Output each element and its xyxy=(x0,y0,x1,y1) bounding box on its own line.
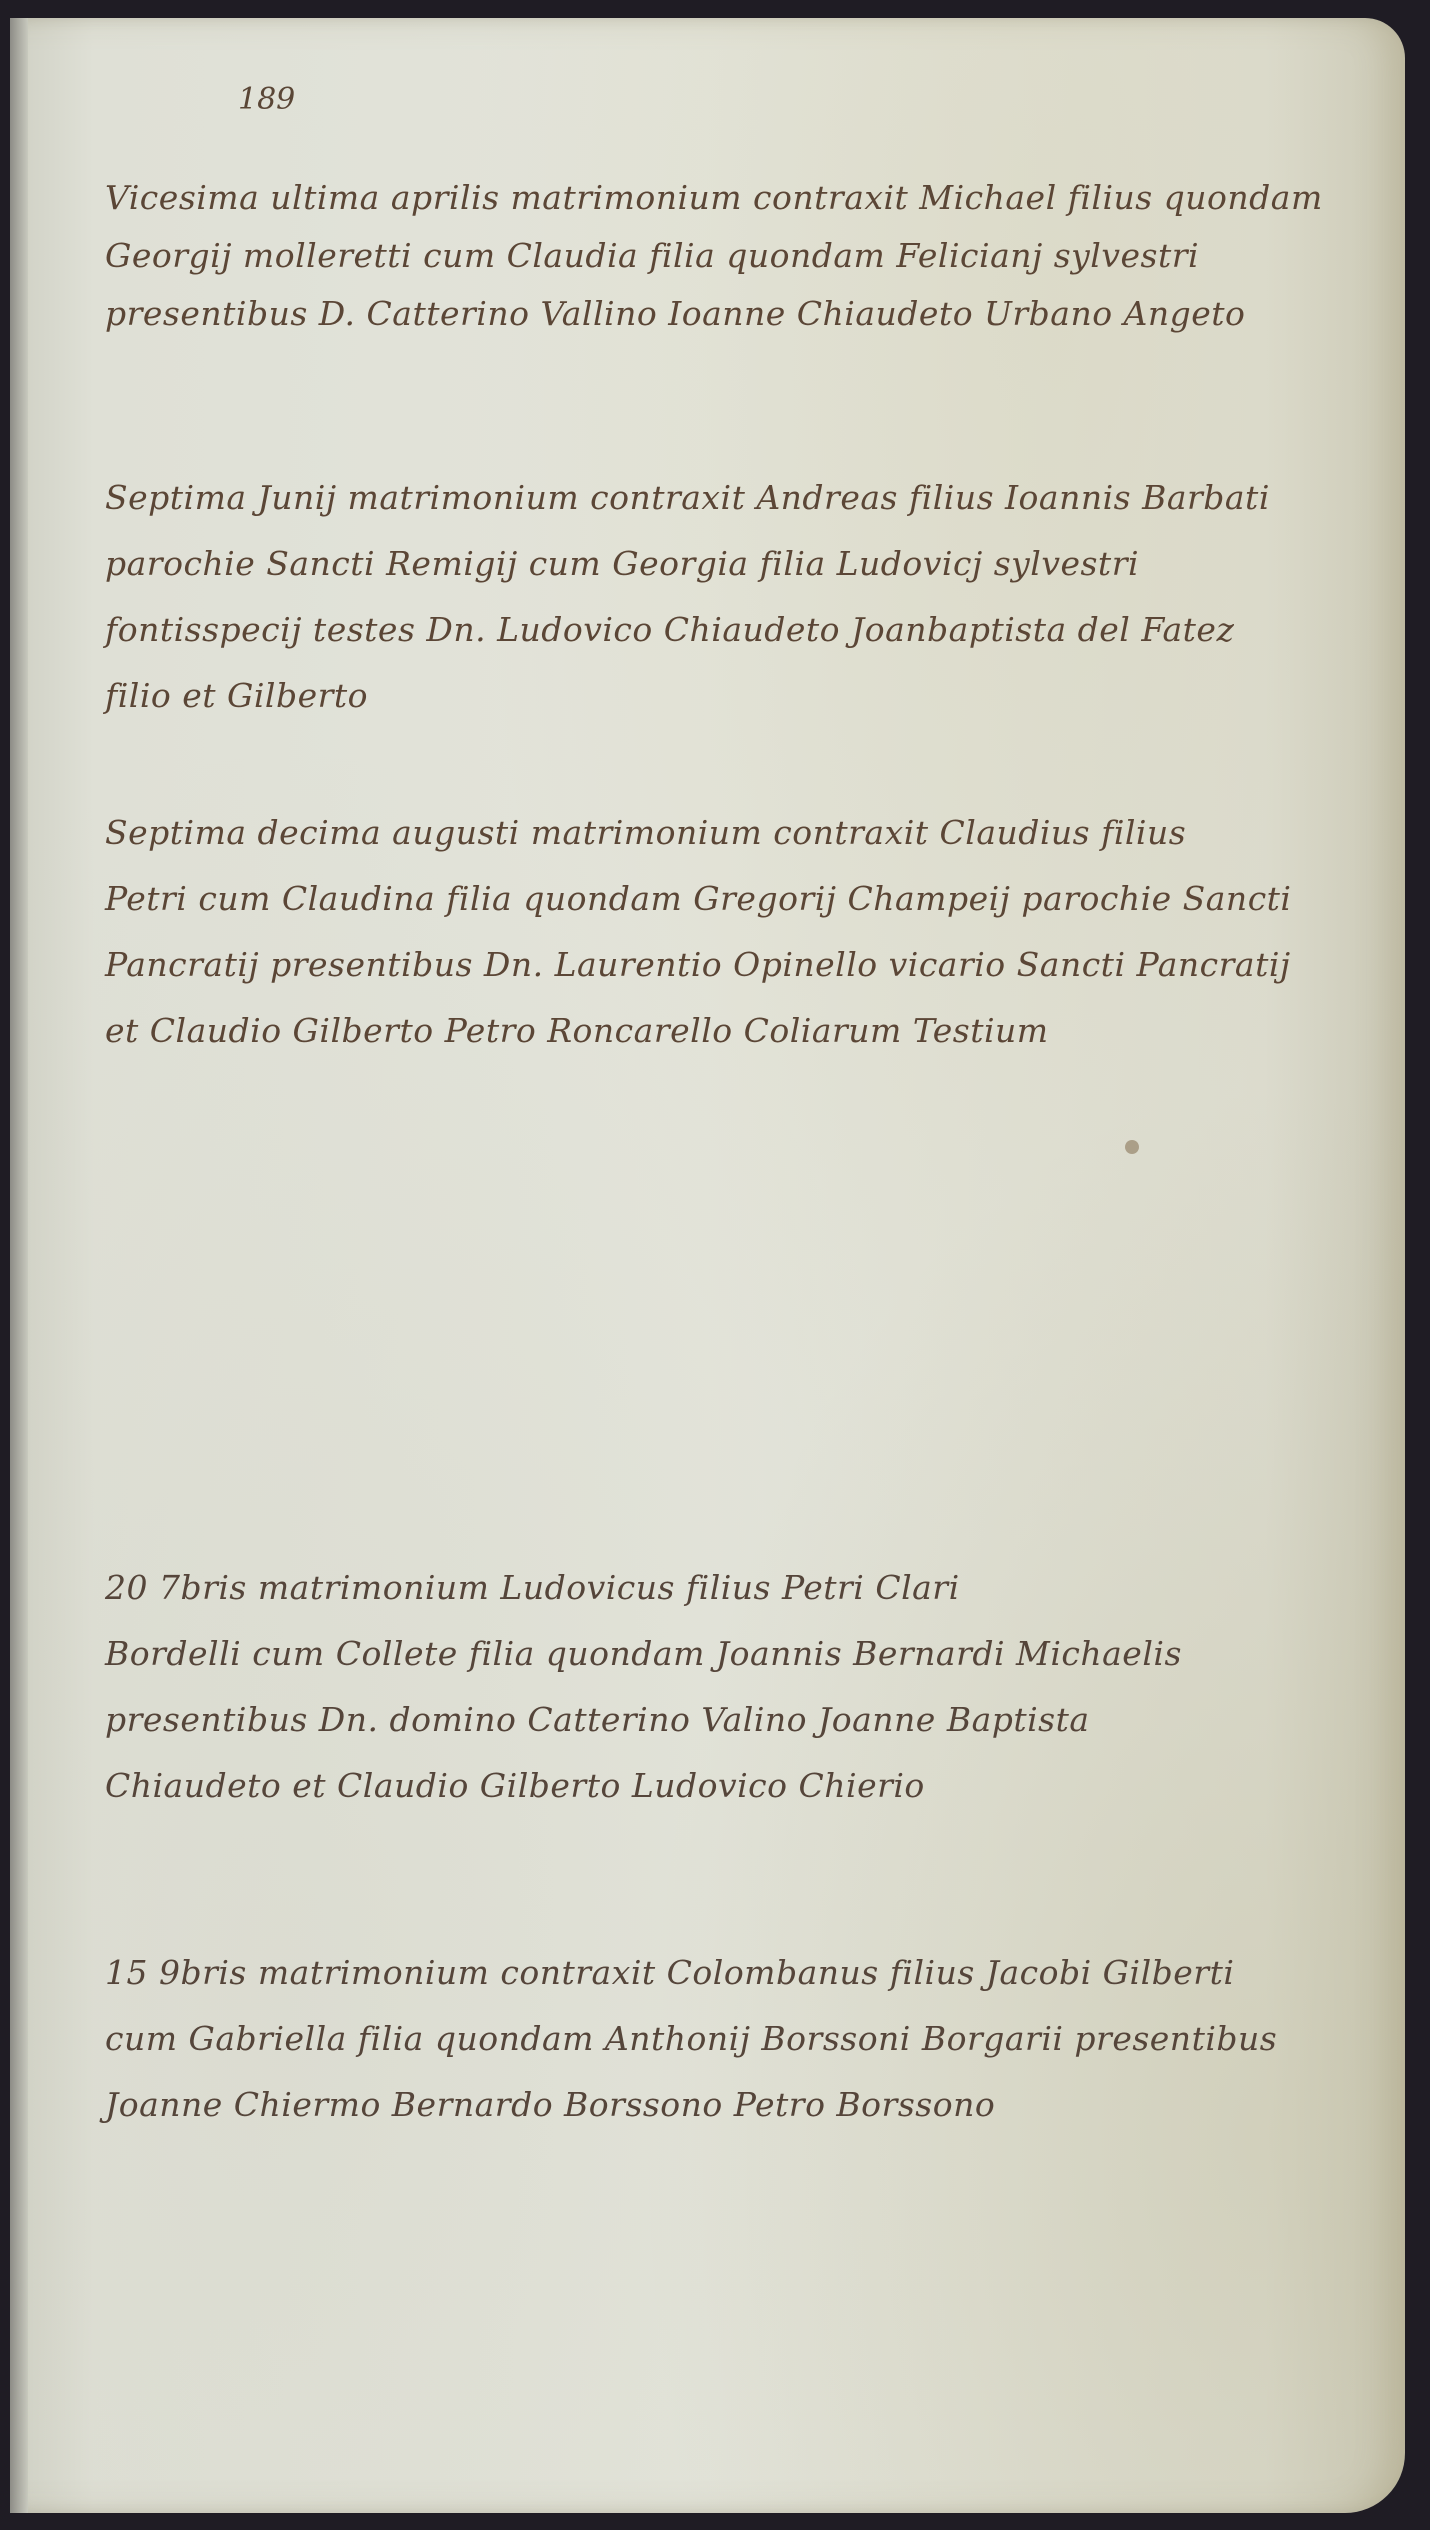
register-entry: 15 9bris matrimonium contraxit Colombanu… xyxy=(105,1923,1375,2121)
manuscript-page: 189 Vicesima ultima aprilis matrimonium … xyxy=(10,18,1405,2513)
ink-stain xyxy=(1125,1140,1139,1154)
entry-line: 20 7bris matrimonium Ludovicus filius Pe… xyxy=(105,1538,1375,1604)
entry-line: filio et Gilberto xyxy=(105,646,1375,712)
register-entry: Septima Junij matrimonium contraxit Andr… xyxy=(105,448,1375,712)
entry-line: fontisspecij testes Dn. Ludovico Chiaude… xyxy=(105,580,1375,646)
folio-number: 189 xyxy=(238,82,295,117)
entry-line: Georgij molleretti cum Claudia filia quo… xyxy=(105,214,1375,272)
entry-line: Septima decima augusti matrimonium contr… xyxy=(105,783,1375,849)
entry-line: parochie Sancti Remigij cum Georgia fili… xyxy=(105,514,1375,580)
entry-line: presentibus Dn. domino Catterino Valino … xyxy=(105,1670,1375,1736)
entry-line: et Claudio Gilberto Petro Roncarello Col… xyxy=(105,981,1375,1047)
register-entry: 20 7bris matrimonium Ludovicus filius Pe… xyxy=(105,1538,1375,1802)
entry-line: Pancratij presentibus Dn. Laurentio Opin… xyxy=(105,915,1375,981)
entry-line: cum Gabriella filia quondam Anthonij Bor… xyxy=(105,1989,1375,2055)
register-entry: Vicesima ultima aprilis matrimonium cont… xyxy=(105,156,1375,330)
entry-line: Joanne Chiermo Bernardo Borssono Petro B… xyxy=(105,2055,1375,2121)
entry-line: 15 9bris matrimonium contraxit Colombanu… xyxy=(105,1923,1375,1989)
entry-line: Chiaudeto et Claudio Gilberto Ludovico C… xyxy=(105,1736,1375,1802)
entry-line: Petri cum Claudina filia quondam Gregori… xyxy=(105,849,1375,915)
entry-line: presentibus D. Catterino Vallino Ioanne … xyxy=(105,272,1375,330)
entry-line: Septima Junij matrimonium contraxit Andr… xyxy=(105,448,1375,514)
binding-gutter xyxy=(10,18,28,2513)
entry-line: Vicesima ultima aprilis matrimonium cont… xyxy=(105,156,1375,214)
entry-line: Bordelli cum Collete filia quondam Joann… xyxy=(105,1604,1375,1670)
register-entry: Septima decima augusti matrimonium contr… xyxy=(105,783,1375,1047)
